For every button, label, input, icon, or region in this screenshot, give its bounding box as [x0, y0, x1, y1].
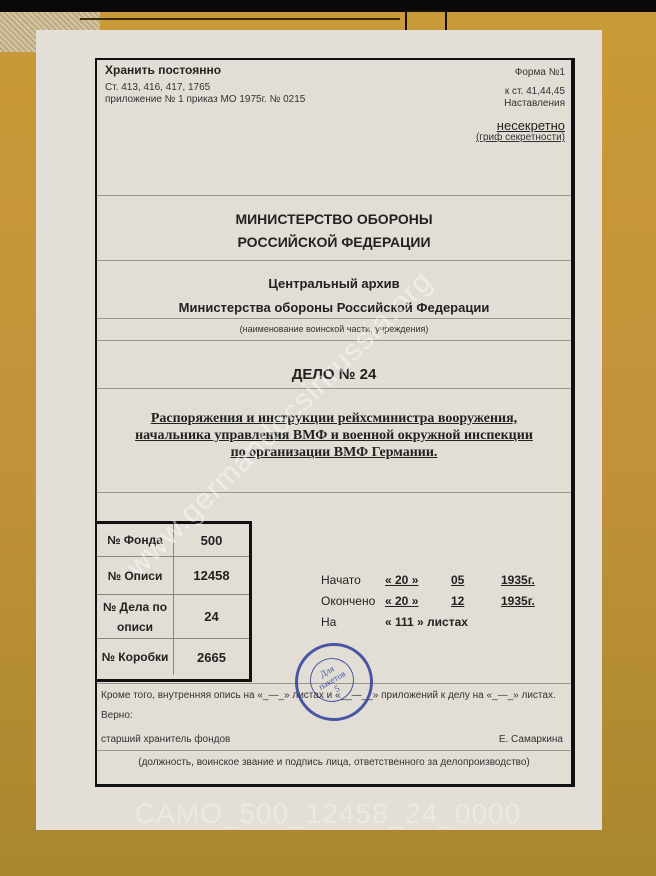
table-value: 2665	[174, 639, 249, 675]
sheets-label: На	[321, 615, 336, 629]
form-reference-manual: Наставления	[504, 98, 565, 109]
archive-line-2: Министерства обороны Российской Федераци…	[97, 300, 571, 315]
started-row: Начато « 20 » 05 1935г.	[321, 573, 571, 594]
table-label: № Коробки	[97, 639, 174, 675]
divider	[97, 195, 571, 196]
started-month: 05	[451, 573, 464, 587]
file-caption: CAMO_500_12458_24_0000	[0, 798, 656, 830]
table-value: 24	[174, 595, 249, 638]
classification-note: (гриф секретности)	[476, 132, 565, 143]
case-description: Распоряжения и инструкции рейхсминистра …	[97, 410, 571, 461]
ministry-line-1: МИНИСТЕРСТВО ОБОРОНЫ	[97, 211, 571, 227]
signature-note: (должность, воинское звание и подпись ли…	[97, 757, 571, 768]
case-description-line: начальника управления ВМФ и военной окру…	[97, 427, 571, 444]
started-label: Начато	[321, 573, 361, 587]
case-dates: Начато « 20 » 05 1935г. Окончено « 20 » …	[321, 573, 571, 636]
archive-line-1: Центральный архив	[97, 276, 571, 291]
archive-note: (наименование воинской части, учреждения…	[97, 324, 571, 334]
folder-rule	[80, 18, 400, 20]
ended-day: « 20 »	[385, 594, 418, 608]
table-label: № Дела по описи	[97, 595, 174, 638]
table-row: № Описи 12458	[97, 557, 249, 595]
divider	[97, 318, 571, 319]
ministry-line-2: РОССИЙСКОЙ ФЕДЕРАЦИИ	[97, 234, 571, 250]
table-row: № Дела по описи 24	[97, 595, 249, 639]
started-day: « 20 »	[385, 573, 418, 587]
divider	[97, 492, 571, 493]
classification-label: несекретно	[497, 118, 565, 133]
case-description-line: по организации ВМФ Германии.	[97, 444, 571, 461]
stamp-text: Для пакетов 5	[302, 650, 362, 710]
articles-text: Ст. 413, 416, 417, 1765	[105, 82, 210, 93]
divider	[97, 260, 571, 261]
ended-label: Окончено	[321, 594, 375, 608]
retention-label: Хранить постоянно	[105, 63, 221, 77]
verified-label: Верно:	[101, 710, 133, 721]
table-row: № Коробки 2665	[97, 639, 249, 675]
divider	[97, 750, 571, 751]
archive-stamp: Для пакетов 5	[295, 643, 373, 721]
ended-month: 12	[451, 594, 464, 608]
started-year: 1935г.	[501, 573, 535, 587]
form-number: Форма №1	[515, 67, 565, 78]
sheets-row: На « 111 » листах	[321, 615, 571, 636]
signer-name: Е. Самаркина	[499, 734, 563, 745]
ended-year: 1935г.	[501, 594, 535, 608]
table-value: 12458	[174, 557, 249, 594]
ended-row: Окончено « 20 » 12 1935г.	[321, 594, 571, 615]
case-description-line: Распоряжения и инструкции рейхсминистра …	[97, 410, 571, 427]
sheets-value: « 111 » листах	[385, 615, 468, 629]
divider	[97, 340, 571, 341]
order-text: приложение № 1 приказ МО 1975г. № 0215	[105, 94, 305, 105]
document-frame: Хранить постоянно Ст. 413, 416, 417, 176…	[95, 58, 575, 787]
form-reference: к ст. 41,44,45	[505, 86, 565, 97]
signer-position: старший хранитель фондов	[101, 734, 230, 745]
